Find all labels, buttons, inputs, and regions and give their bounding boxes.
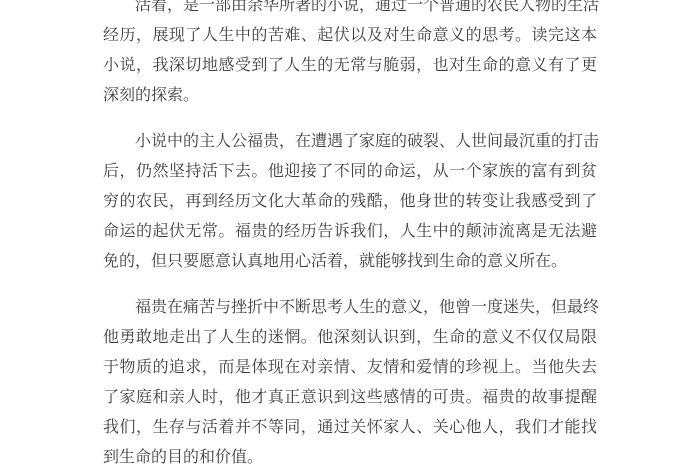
document-page: 活着，是一部由余华所著的小说，通过一个普通的农民人物的生活 经历，展现了人生中的…	[0, 0, 700, 470]
text-line: 小说中的主人公福贵，在遭遇了家庭的破裂、人世间最沉重的打击	[103, 126, 597, 156]
text-line: 他勇敢地走出了人生的迷惘。他深刻认识到，生命的意义不仅仅局限	[103, 322, 597, 352]
text-line: 小说，我深切地感受到了人生的无常与脆弱，也对生命的意义有了更	[103, 50, 597, 80]
text-line: 福贵在痛苦与挫折中不断思考人生的意义，他曾一度迷失，但最终	[103, 292, 597, 322]
text-line: 了家庭和亲人时，他才真正意识到这些感情的可贵。福贵的故事提醒	[103, 382, 597, 412]
text-line: 我们，生存与活着并不等同，通过关怀家人、关心他人，我们才能找	[103, 412, 597, 442]
text-line: 穷的农民，再到经历文化大革命的残酷，他身世的转变让我感受到了	[103, 186, 597, 216]
text-line: 后，仍然坚持活下去。他迎接了不同的命运，从一个家族的富有到贫	[103, 156, 597, 186]
text-line: 到生命的目的和价值。	[103, 442, 597, 470]
essay-text-block: 活着，是一部由余华所著的小说，通过一个普通的农民人物的生活 经历，展现了人生中的…	[103, 0, 597, 470]
text-line: 深刻的探索。	[103, 80, 597, 110]
text-line: 活着，是一部由余华所著的小说，通过一个普通的农民人物的生活	[103, 0, 597, 20]
paragraph-3: 福贵在痛苦与挫折中不断思考人生的意义，他曾一度迷失，但最终 他勇敢地走出了人生的…	[103, 292, 597, 470]
paragraph-2: 小说中的主人公福贵，在遭遇了家庭的破裂、人世间最沉重的打击 后，仍然坚持活下去。…	[103, 126, 597, 276]
text-line: 命运的起伏无常。福贵的经历告诉我们，人生中的颠沛流离是无法避	[103, 216, 597, 246]
text-line: 经历，展现了人生中的苦难、起伏以及对生命意义的思考。读完这本	[103, 20, 597, 50]
text-line: 免的，但只要愿意认真地用心活着，就能够找到生命的意义所在。	[103, 246, 597, 276]
text-line: 于物质的追求，而是体现在对亲情、友情和爱情的珍视上。当他失去	[103, 352, 597, 382]
paragraph-1: 活着，是一部由余华所著的小说，通过一个普通的农民人物的生活 经历，展现了人生中的…	[103, 0, 597, 110]
